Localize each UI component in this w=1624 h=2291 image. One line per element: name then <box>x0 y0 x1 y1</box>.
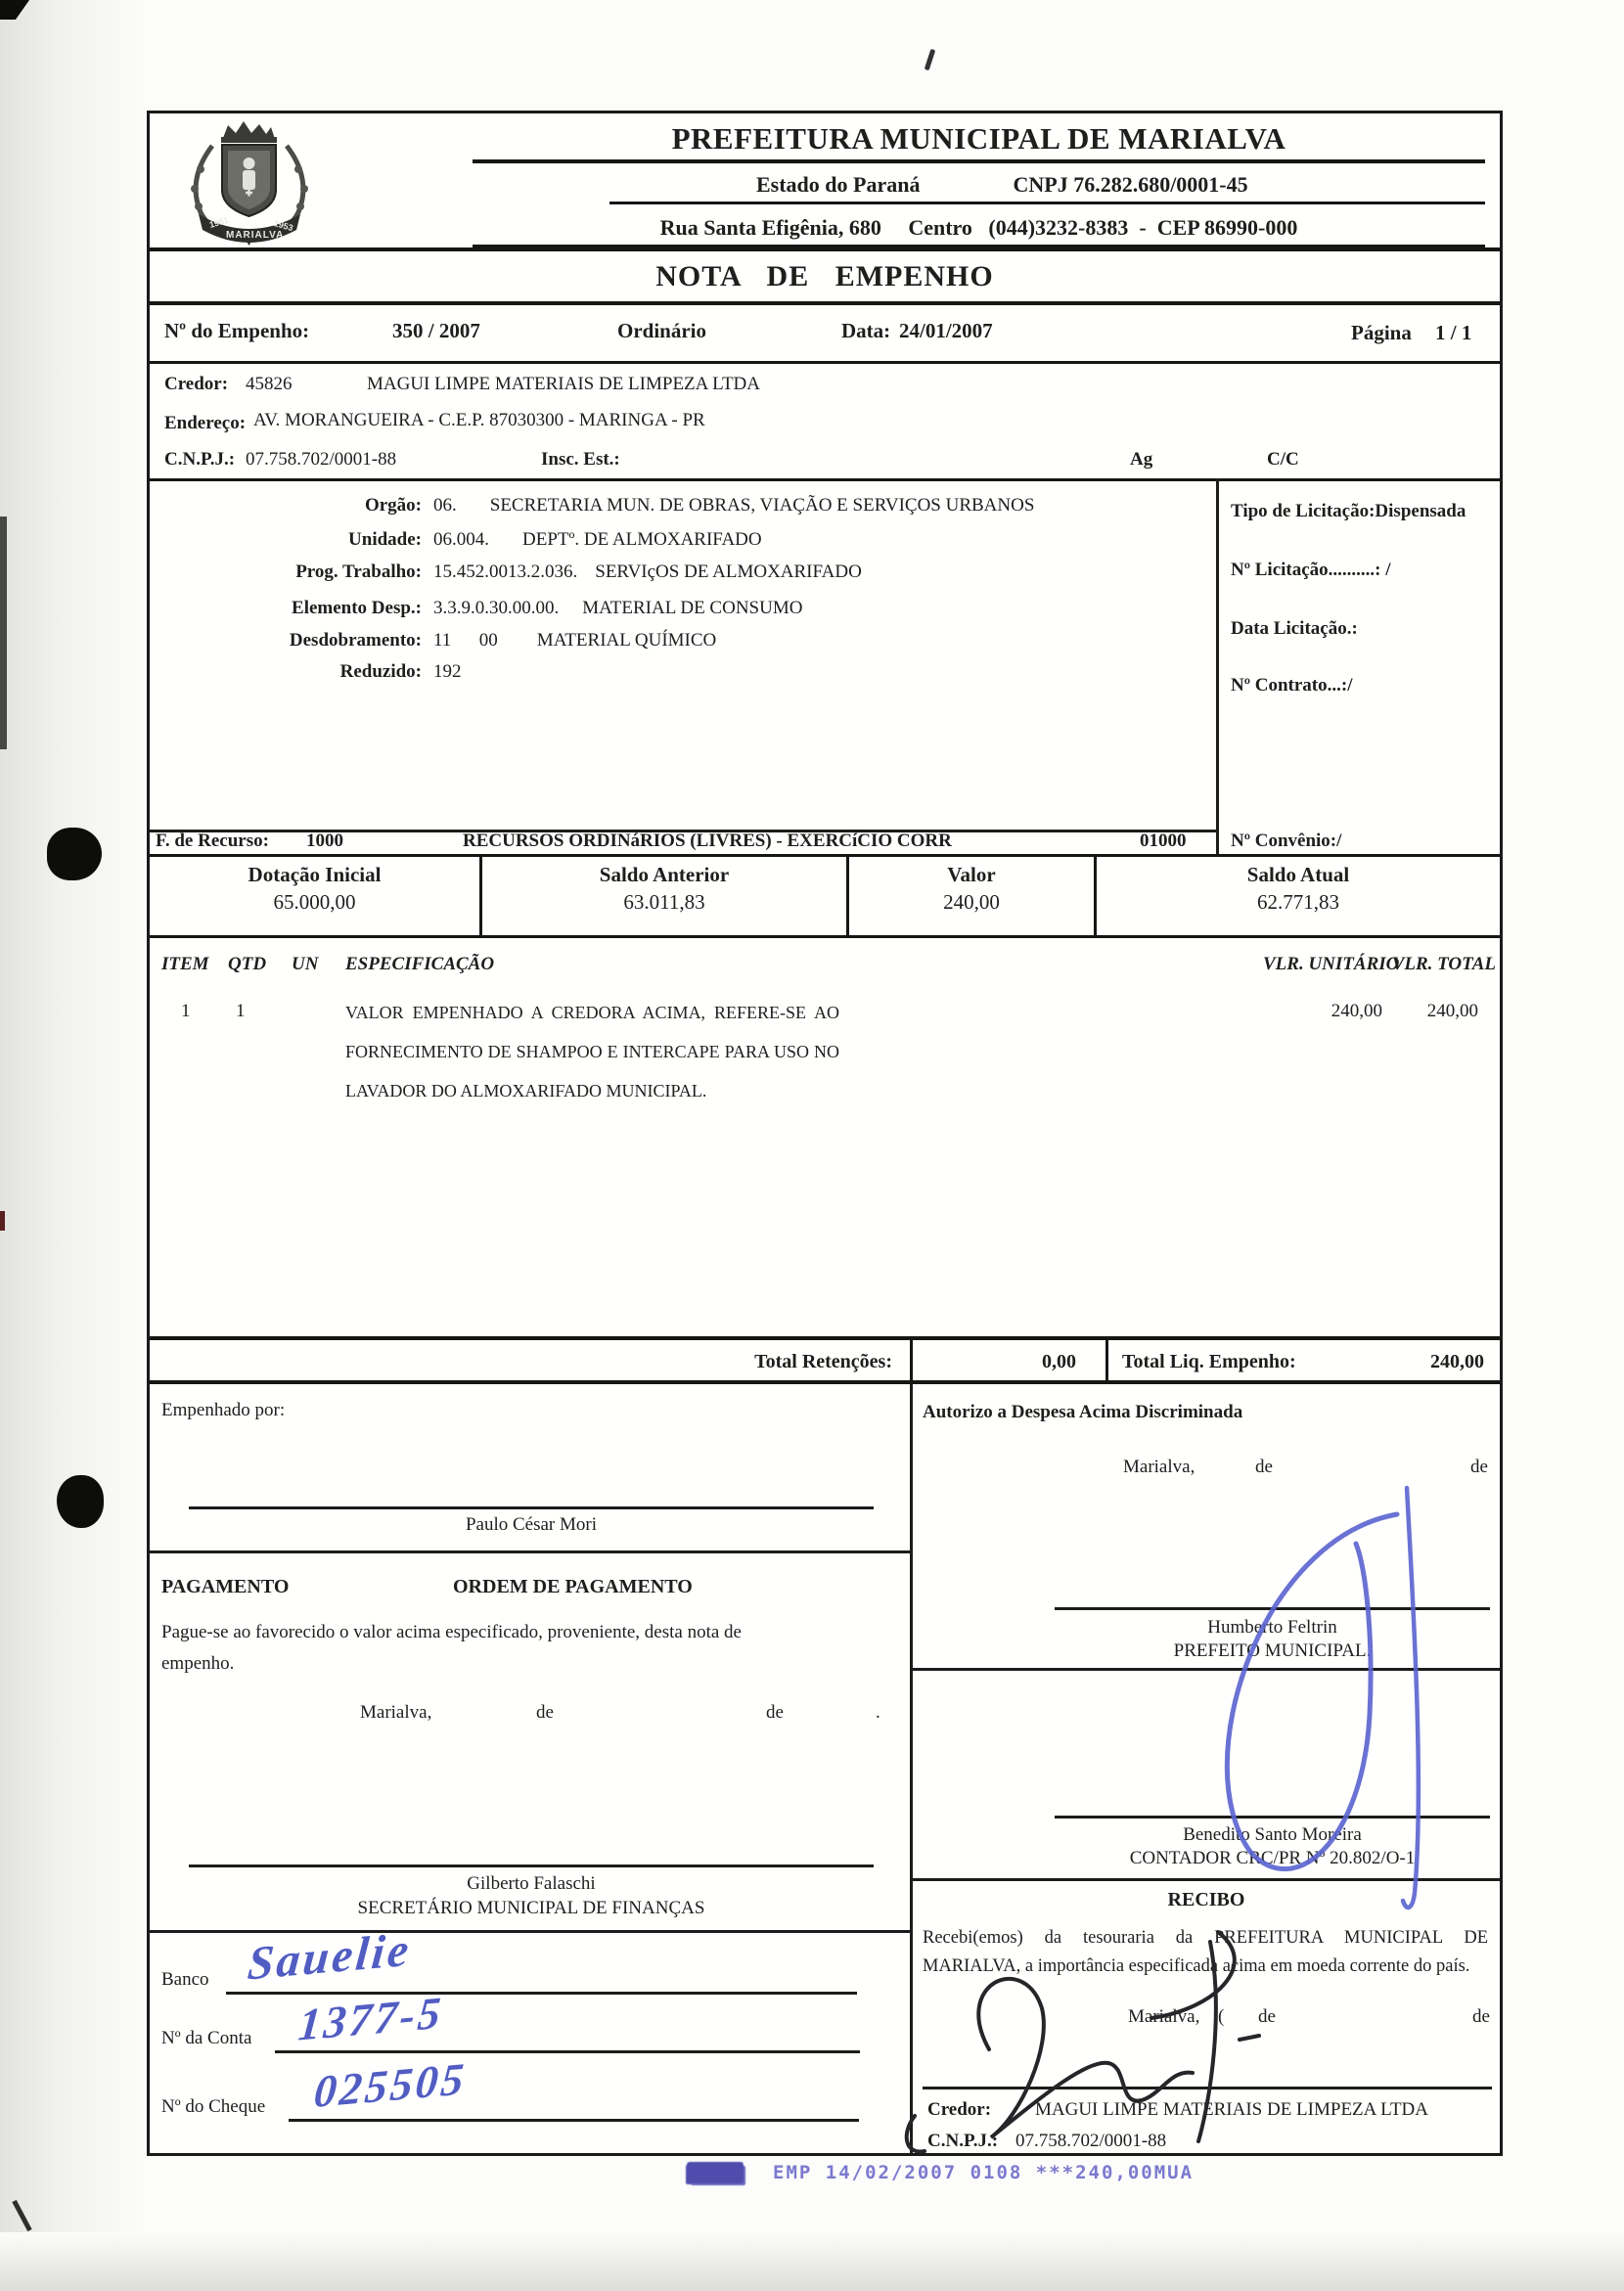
signature-line <box>189 1864 874 1867</box>
empenho-type: Ordinário <box>617 319 706 343</box>
signer-name: Paulo César Mori <box>189 1514 874 1536</box>
signature-ink-prefeito <box>1113 1470 1446 1920</box>
row-label: Desdobramento: <box>150 630 433 651</box>
retencoes-value: 0,00 <box>910 1340 1105 1380</box>
ag-label: Ag <box>1130 449 1152 471</box>
liq-cell: Total Liq. Empenho: 240,00 <box>1105 1340 1500 1380</box>
dotacao-col: Valor 240,00 <box>846 857 1094 935</box>
dotacao-header: Valor <box>849 863 1094 887</box>
dotacao-header: Saldo Anterior <box>482 863 846 887</box>
doc-title: NOTA DE EMPENHO <box>150 251 1500 293</box>
scan-artifact-mark <box>925 49 936 70</box>
classification-row: Orgão: 06. SECRETARIA MUN. DE OBRAS, VIA… <box>150 495 1034 517</box>
scan-artifact-dot1 <box>47 828 102 880</box>
conta-handwriting: 1377-5 <box>296 1986 445 2051</box>
empenho-number-label: Nº do Empenho: <box>164 319 309 343</box>
row-code: 06.004. <box>433 529 489 551</box>
recurso-code: 1000 <box>306 831 343 852</box>
dotacao-table: Dotação Inicial 65.000,00 Saldo Anterior… <box>150 854 1500 938</box>
stamp-blob <box>687 2162 744 2183</box>
dotacao-value: 65.000,00 <box>150 890 479 915</box>
row-label: Prog. Trabalho: <box>150 562 433 583</box>
items-section: ITEM QTD UN ESPECIFICAÇÃO VLR. UNITÁRIO … <box>150 932 1500 1336</box>
doc-title-band: NOTA DE EMPENHO <box>150 247 1500 305</box>
left-divider-2 <box>150 1930 910 1933</box>
liq-label: Total Liq. Empenho: <box>1122 1351 1296 1380</box>
convenio-number: Nº Convênio:/ <box>1231 831 1341 852</box>
conta-label: Nº da Conta <box>161 2028 251 2049</box>
page-number-value: 1 / 1 <box>1435 321 1471 345</box>
item-qty: 1 <box>236 1001 246 1022</box>
creditor-section: Credor: 45826 MAGUI LIMPE MATERIAIS DE L… <box>150 361 1500 481</box>
row-desc: MATERIAL QUÍMICO <box>537 630 716 651</box>
signature-grid: Empenhado por: Paulo César Mori PAGAMENT… <box>150 1384 1500 2153</box>
row-label: Reduzido: <box>150 661 433 683</box>
scan-artifact-dot2 <box>57 1475 104 1528</box>
header-line2: Estado do Paraná CNPJ 76.282.680/0001-45 <box>609 172 1485 204</box>
scan-smudge <box>548 2247 890 2256</box>
item-number: 1 <box>181 1001 191 1022</box>
licitacao-date: Data Licitação.: <box>1231 618 1358 640</box>
cheque-label: Nº do Cheque <box>161 2096 265 2118</box>
header-address: Rua Santa Efigênia, 680 Centro (044)3232… <box>473 215 1485 247</box>
row-desc: SECRETARIA MUN. DE OBRAS, VIAÇÃO E SERVI… <box>490 495 1035 517</box>
row-code: 11 00 <box>433 630 498 651</box>
row-label: Orgão: <box>150 495 433 517</box>
left-divider-1 <box>150 1550 910 1553</box>
autorizo-title: Autorizo a Despesa Acima Discriminada <box>923 1402 1242 1423</box>
row-label: Elemento Desp.: <box>150 598 433 619</box>
de-label: de <box>1472 2006 1490 2028</box>
signer-title: SECRETÁRIO MUNICIPAL DE FINANÇAS <box>189 1898 874 1919</box>
empenho-number-value: 350 / 2007 <box>392 319 480 343</box>
scan-smudge <box>166 2250 519 2261</box>
item-description-line: VALOR EMPENHADO A CREDORA ACIMA, REFERE-… <box>345 993 839 1032</box>
classification-row: Reduzido: 192 <box>150 661 462 683</box>
de-label: de <box>1470 1457 1488 1478</box>
licitacao-number: Nº Licitação..........: / <box>1231 560 1391 581</box>
item-description: VALOR EMPENHADO A CREDORA ACIMA, REFERE-… <box>345 993 839 1110</box>
row-code: 06. <box>433 495 457 517</box>
liq-value: 240,00 <box>1430 1351 1484 1380</box>
dotacao-value: 62.771,83 <box>1097 890 1500 915</box>
item-header: VLR. TOTAL <box>1392 954 1496 975</box>
row-desc: DEPTº. DE ALMOXARIFADO <box>522 529 762 551</box>
page-number-label: Página <box>1351 321 1412 345</box>
row-code: 192 <box>433 661 462 683</box>
de-label: de <box>766 1702 784 1724</box>
scan-smudge-dark <box>1577 2244 1616 2258</box>
item-header: ESPECIFICAÇÃO <box>345 954 494 975</box>
de-label: de <box>536 1702 554 1724</box>
address-value: AV. MORANGUEIRA - C.E.P. 87030300 - MARI… <box>253 410 705 431</box>
empenho-date-label: Data: <box>841 319 890 343</box>
processing-stamp: EMP 14/02/2007 0108 ***240,00MUA <box>773 2162 1194 2183</box>
empenhado-por-label: Empenhado por: <box>161 1400 285 1421</box>
item-header: ITEM <box>161 954 209 975</box>
scanned-document-page: 1951 MARIALVA 1953 PREFEITURA MUNICIPAL … <box>0 0 1624 2291</box>
banco-line <box>226 1992 857 1995</box>
creditor-name: MAGUI LIMPE MATERIAIS DE LIMPEZA LTDA <box>367 374 760 395</box>
item-header: UN <box>292 954 318 975</box>
cnpj-label: C.N.P.J.: <box>164 449 235 471</box>
logo-name: MARIALVA <box>226 230 284 241</box>
classification-section: Orgão: 06. SECRETARIA MUN. DE OBRAS, VIA… <box>150 478 1500 832</box>
pagamento-title: PAGAMENTO <box>161 1576 289 1598</box>
dotacao-header: Dotação Inicial <box>150 863 479 887</box>
dotacao-col: Saldo Atual 62.771,83 <box>1094 857 1500 935</box>
classification-row: Prog. Trabalho: 15.452.0013.2.036. SERVI… <box>150 562 862 583</box>
row-code: 3.3.9.0.30.00.00. <box>433 598 559 619</box>
cheque-line <box>289 2119 859 2122</box>
row-label: Unidade: <box>150 529 433 551</box>
municipality-coat-of-arms: 1951 MARIALVA 1953 <box>171 118 328 246</box>
dotacao-value: 63.011,83 <box>482 890 846 915</box>
dotacao-header: Saldo Atual <box>1097 863 1500 887</box>
city-label: Marialva, <box>360 1702 431 1724</box>
scan-artifact-corner <box>0 0 29 20</box>
nota-de-empenho-form: 1951 MARIALVA 1953 PREFEITURA MUNICIPAL … <box>147 111 1503 2156</box>
banco-label: Banco <box>161 1969 209 1991</box>
recurso-row: F. de Recurso: 1000 RECURSOS ORDINáRIOS … <box>150 830 1500 854</box>
signature-ink-credor <box>895 1924 1326 2159</box>
page-title: PREFEITURA MUNICIPAL DE MARIALVA <box>473 121 1485 163</box>
insc-est-label: Insc. Est.: <box>541 449 620 471</box>
creditor-label: Credor: <box>164 374 228 395</box>
header-cnpj: CNPJ 76.282.680/0001-45 <box>1013 172 1247 198</box>
scan-smudge <box>1301 2246 1624 2257</box>
retencoes-label: Total Retenções: <box>150 1340 910 1380</box>
dotacao-col: Dotação Inicial 65.000,00 <box>150 857 479 935</box>
item-header: VLR. UNITÁRIO <box>1263 954 1399 975</box>
classification-row: Unidade: 06.004. DEPTº. DE ALMOXARIFADO <box>150 529 762 551</box>
empenho-row: Nº do Empenho: 350 / 2007 Ordinário Data… <box>150 301 1500 365</box>
recurso-extra: 01000 <box>1140 831 1187 852</box>
ordem-pagamento-title: ORDEM DE PAGAMENTO <box>453 1576 693 1598</box>
signature-line <box>189 1506 874 1509</box>
classification-row: Elemento Desp.: 3.3.9.0.30.00.00. MATERI… <box>150 598 802 619</box>
licitacao-divider <box>1216 478 1219 854</box>
empenho-date-value: 24/01/2007 <box>899 319 993 343</box>
dotacao-col: Saldo Anterior 63.011,83 <box>479 857 846 935</box>
licitacao-type: Tipo de Licitação:Dispensada <box>1231 501 1466 522</box>
classification-row: Desdobramento: 11 00 MATERIAL QUÍMICO <box>150 630 716 651</box>
totals-row: Total Retenções: 0,00 Total Liq. Empenho… <box>150 1336 1500 1384</box>
item-total-value: 240,00 <box>1427 1001 1478 1022</box>
cheque-handwriting: 025505 <box>312 2052 469 2118</box>
address-label: Endereço: <box>164 413 246 434</box>
conta-line <box>275 2050 860 2053</box>
item-header: QTD <box>228 954 266 975</box>
item-unit-value: 240,00 <box>1331 1001 1382 1022</box>
scan-smudge <box>929 2249 1262 2259</box>
item-description-line: FORNECIMENTO DE SHAMPOO E INTERCAPE PARA… <box>345 1032 839 1071</box>
form-header: 1951 MARIALVA 1953 PREFEITURA MUNICIPAL … <box>150 113 1500 247</box>
dot-label: . <box>876 1702 880 1724</box>
dotacao-value: 240,00 <box>849 890 1094 915</box>
recurso-label: F. de Recurso: <box>156 831 269 852</box>
row-desc: SERVIçOS DE ALMOXARIFADO <box>595 562 862 583</box>
scan-artifact-edge-strip2 <box>0 1211 5 1231</box>
contract-number: Nº Contrato...:/ <box>1231 675 1352 696</box>
scan-artifact-bottom-left <box>12 2200 31 2231</box>
header-state: Estado do Paraná <box>756 172 920 198</box>
scan-smudge-dark <box>174 2248 213 2260</box>
item-description-line: LAVADOR DO ALMOXARIFADO MUNICIPAL. <box>345 1071 839 1110</box>
pague-se-text: Pague-se ao favorecido o valor acima esp… <box>161 1617 766 1680</box>
row-code: 15.452.0013.2.036. <box>433 562 577 583</box>
creditor-code: 45826 <box>246 374 293 395</box>
recurso-desc: RECURSOS ORDINáRIOS (LIVRES) - EXERCíCIO… <box>463 831 952 852</box>
cc-label: C/C <box>1267 449 1299 471</box>
row-desc: MATERIAL DE CONSUMO <box>582 598 802 619</box>
signer-name: Gilberto Falaschi <box>189 1873 874 1895</box>
cnpj-value: 07.758.702/0001-88 <box>246 449 396 471</box>
scan-artifact-edge-strip <box>0 517 7 749</box>
